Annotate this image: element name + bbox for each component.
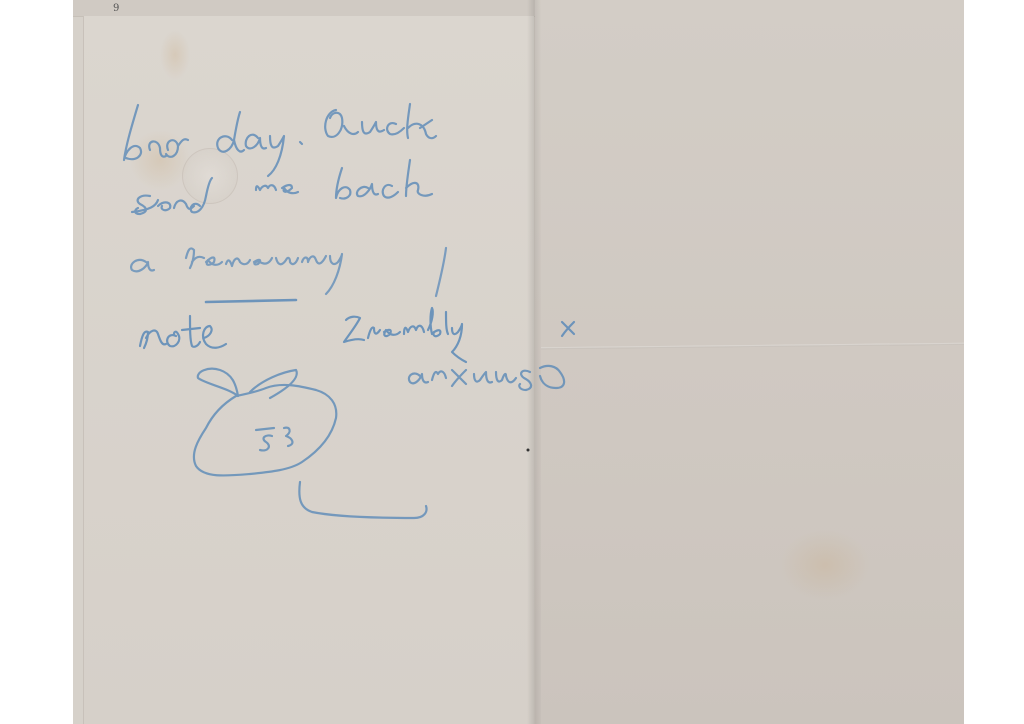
line-send-me-back xyxy=(132,160,432,214)
line-bad-day-quick xyxy=(124,104,436,176)
animal-doodle-icon xyxy=(194,369,427,518)
line-note-trembling xyxy=(140,300,574,362)
line-a-reassuring xyxy=(131,248,446,296)
line-anxious xyxy=(409,366,564,390)
handwriting-ink xyxy=(0,0,1024,724)
ink-dot xyxy=(527,449,530,452)
